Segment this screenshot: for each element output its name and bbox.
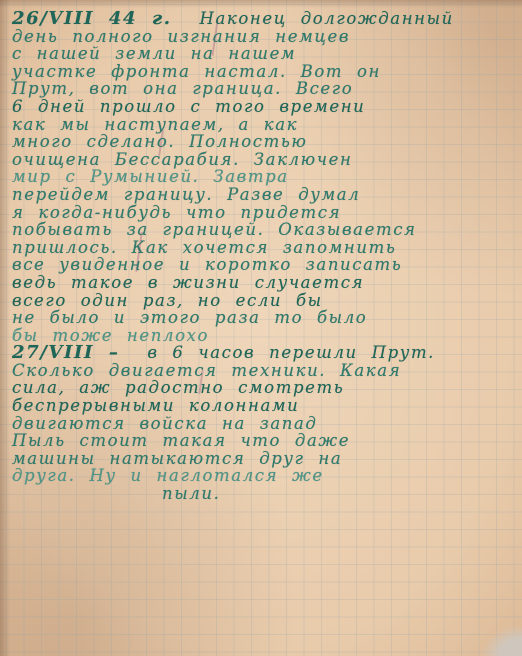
diary-line: все увиденное и коротко записать bbox=[12, 256, 522, 274]
diary-line: машины натыкаются друг на bbox=[12, 450, 522, 468]
diary-line: мир с Румынией. Завтра bbox=[12, 168, 522, 186]
diary-line: много сделано. Полностью bbox=[12, 133, 522, 151]
page-left-edge bbox=[0, 0, 10, 656]
diary-line: как мы наступаем, а как bbox=[12, 116, 522, 134]
page-top-edge bbox=[0, 0, 522, 8]
diary-line: сила, аж радостно смотреть bbox=[12, 379, 522, 397]
diary-line: участке фронта настал. Вот он bbox=[12, 63, 522, 81]
line-text: в 6 часов перешли Прут. bbox=[147, 343, 435, 362]
diary-line: я когда-нибудь что придется bbox=[12, 204, 522, 222]
diary-line: всего один раз, но если бы bbox=[12, 292, 522, 310]
diary-line: 27/VIII – в 6 часов перешли Прут. bbox=[12, 344, 522, 362]
diary-line: день полного изгнания немцев bbox=[12, 28, 522, 46]
diary-line: побывать за границей. Оказывается bbox=[12, 221, 522, 239]
diary-line: с нашей земли на нашем bbox=[12, 45, 522, 63]
worn-corner bbox=[482, 626, 522, 656]
diary-line: друга. Ну и наглотался же bbox=[12, 467, 522, 485]
diary-line: двигаются войска на запад bbox=[12, 415, 522, 433]
handwritten-text: 26/VIII 44 г. Наконец долгожданный день … bbox=[12, 10, 522, 503]
diary-page: 26/VIII 44 г. Наконец долгожданный день … bbox=[0, 0, 522, 656]
diary-line: Пыль стоит такая что даже bbox=[12, 432, 522, 450]
diary-line: Сколько двигается техники. Какая bbox=[12, 362, 522, 380]
diary-line: 6 дней прошло с того времени bbox=[12, 98, 522, 116]
diary-line: очищена Бессарабия. Заключен bbox=[12, 151, 522, 169]
entry-date: 26/VIII 44 г. bbox=[12, 8, 172, 29]
diary-line: пыли. bbox=[12, 485, 522, 503]
diary-line: беспрерывными колоннами bbox=[12, 397, 522, 415]
diary-line: ведь такое в жизни случается bbox=[12, 274, 522, 292]
diary-line: перейдем границу. Разве думал bbox=[12, 186, 522, 204]
diary-line: не было и этого раза то было bbox=[12, 309, 522, 327]
diary-line: 26/VIII 44 г. Наконец долгожданный bbox=[12, 10, 522, 28]
diary-line: пришлось. Как хочется запомнить bbox=[12, 239, 522, 257]
diary-line: Прут, вот она граница. Всего bbox=[12, 80, 522, 98]
line-text: Наконец долгожданный bbox=[199, 9, 453, 28]
